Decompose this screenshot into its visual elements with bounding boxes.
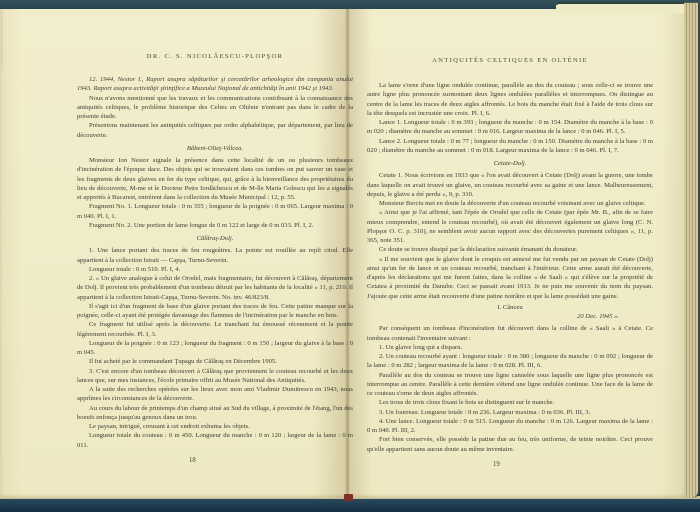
section-heading-cetate: Cetate-Dolj. [367, 159, 653, 168]
paragraph: Longueur de la poignée : 0 m 123 ; longu… [77, 339, 353, 358]
page-number-right: 19 [367, 461, 700, 468]
section-heading-babeni: Băbeni-Olteţ-Vâlcea. [77, 144, 353, 153]
paragraph: Ce doute se trouve dissipé par la déclar… [367, 245, 653, 254]
paragraph: 2. Un couteau recourbé ayant : longueur … [367, 352, 653, 371]
right-page-body: La lame s'orne d'une ligne ondulée conti… [367, 81, 653, 454]
paragraph: Parallèle au dos du couteau se trouve un… [367, 371, 653, 399]
bibliography-entry: 12. 1944, Nestor I., Raport asupra săpăt… [77, 75, 353, 94]
top-page-block-edge [556, 2, 688, 13]
paragraph: 2. « Un glaive analogue à celui de Orode… [77, 274, 353, 302]
paragraph: La lame s'orne d'une ligne ondulée conti… [367, 81, 653, 118]
paragraph: Monsieur Berciu met en doute la découver… [367, 199, 653, 208]
paragraph: 1. Une lance portant des traces de feu r… [77, 246, 353, 265]
open-book-spread: DR. C. S. NICOLĂESCU-PLOPŞOR 12. 1944, N… [0, 9, 689, 498]
paragraph: Fragment No. 1. Longueur totale : 0 m 35… [77, 202, 353, 221]
paragraph: Fragment No. 2. Une portion de lame long… [77, 221, 353, 230]
paragraph: Fort bien conservée, elle possède la pat… [367, 435, 653, 454]
left-page-body: 12. 1944, Nestor I., Raport asupra săpăt… [77, 75, 353, 450]
paragraph: Le paysan, intrigué, creusant à cet endr… [77, 422, 353, 431]
paragraph: Au cours du labour de printemps d'un cha… [77, 404, 353, 423]
book-scan: { "colors": { "paper": "#f1ecc9", "ink":… [0, 0, 700, 512]
paragraph: Monsieur Ion Nestor signale la présence … [77, 156, 353, 202]
paragraph: 4. Une lance. Longueur totale : 0 m 515.… [367, 417, 653, 436]
fore-edge-pages [684, 2, 700, 498]
paragraph: Cetate 1. Nous écrivions en 1933 que « l… [367, 171, 653, 199]
right-page: ANTIQUITÉS CELTIQUES EN OLTÉNIE La lame … [367, 57, 653, 442]
paragraph: Par conséquent un tombeau d'incinération… [367, 324, 653, 343]
paragraph: Ce fragment fut utilisé après la découve… [77, 320, 353, 339]
paragraph: 3. Un fourreau. Longueur totale : 0 m 23… [367, 408, 653, 417]
paragraph: 1. Un glaive long qui a disparu. [367, 343, 653, 352]
paragraph: Les trous de trois clous fixant le bois … [367, 398, 653, 407]
running-header-author: DR. C. S. NICOLĂESCU-PLOPŞOR [77, 53, 353, 60]
section-heading-calaras: Călăraş-Dolj. [77, 234, 353, 243]
paragraph: Longueur totale : 0 m 510. Pl. I, 4. [77, 265, 353, 274]
paragraph: Il s'agit ici d'un fragment de base d'un… [77, 302, 353, 321]
left-page: DR. C. S. NICOLĂESCU-PLOPŞOR 12. 1944, N… [77, 53, 353, 438]
paragraph: A la suite des recherches opérées sur le… [77, 385, 353, 404]
paragraph: « Il me souvient que le glaive dont le c… [367, 255, 653, 301]
letter-signature: I. Cânceu [367, 303, 653, 312]
paragraph: Longueur totale du couteau : 0 m 450. Lo… [77, 431, 353, 450]
paragraph: Nous n'avons mentionné que les travaux e… [77, 94, 353, 122]
paragraph: Il fut acheté par le commandant Ţupagu d… [77, 357, 353, 366]
paragraph: Lance 2. Longueur totale : 0 m 77 ; long… [367, 137, 653, 156]
bookmark-ribbon [344, 494, 353, 501]
left-page-edge [0, 10, 3, 70]
paragraph: 3. C'est encore d'un tombeau découvert à… [77, 367, 353, 386]
paragraph: « Ainsi que je l'ai affirmé, tant l'épée… [367, 208, 653, 245]
letter-date: 20 Dec. 1945 ». [367, 312, 653, 321]
paragraph: Lance 1. Longueur totale : 0 m 393 ; lon… [367, 118, 653, 137]
running-header-title: ANTIQUITÉS CELTIQUES EN OLTÉNIE [367, 57, 653, 64]
paragraph: Présentons maintenant les antiquités cel… [77, 121, 353, 140]
